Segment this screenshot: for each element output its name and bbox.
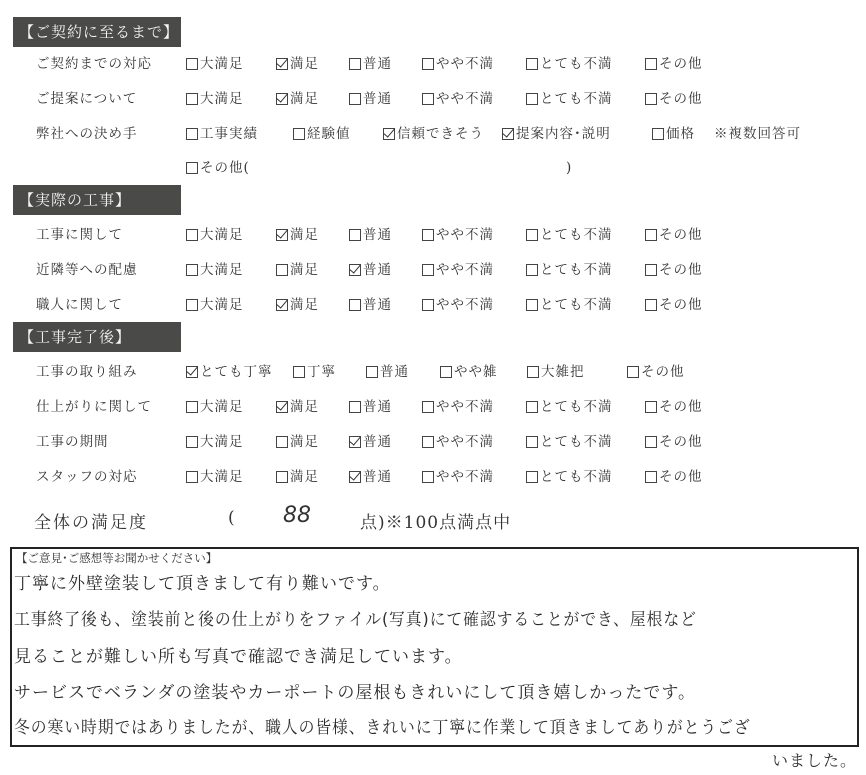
checkbox-icon[interactable] bbox=[186, 436, 198, 448]
option-slightly-dissatisfied[interactable]: やや不満 bbox=[422, 294, 494, 316]
option-satisfied[interactable]: 満足 bbox=[276, 466, 319, 488]
comment-line-2: 工事終了後も、塗装前と後の仕上がりをファイル(写真)にて確認することができ、屋根… bbox=[14, 605, 697, 630]
comments-title: 【ご意見･ご感想等お聞かせください】 bbox=[16, 550, 217, 566]
checkbox-icon[interactable] bbox=[293, 366, 305, 378]
option-very-dissatisfied[interactable]: とても不満 bbox=[526, 224, 613, 246]
option-very-dissatisfied[interactable]: とても不満 bbox=[526, 396, 613, 418]
question-label: スタッフの対応 bbox=[36, 466, 138, 488]
question-row-finish: 仕上がりに関して 大満足 満足 普通 やや不満 とても不満 その他 bbox=[0, 396, 866, 418]
option-very-dissatisfied[interactable]: とても不満 bbox=[526, 431, 613, 453]
option-trustworthy[interactable]: 信頼できそう bbox=[383, 123, 484, 145]
comment-line-4: サービスでベランダの塗装やカーポートの屋根もきれいにして頂き嬉しかったです。 bbox=[14, 678, 696, 703]
checkbox-icon[interactable] bbox=[422, 229, 434, 241]
checkbox-icon[interactable] bbox=[652, 128, 664, 140]
checkbox-icon[interactable] bbox=[422, 93, 434, 105]
question-row-neighbors: 近隣等への配慮 大満足 満足 普通 やや不満 とても不満 その他 bbox=[0, 259, 866, 281]
question-label: 仕上がりに関して bbox=[36, 396, 152, 418]
overall-open-paren: ( bbox=[228, 508, 235, 528]
option-other-reason[interactable]: その他( bbox=[186, 157, 250, 179]
section-header-after-completion: 【工事完了後】 bbox=[13, 322, 181, 352]
other-reason-close-paren: ) bbox=[566, 157, 572, 179]
checkbox-icon[interactable] bbox=[527, 366, 539, 378]
option-slightly-dissatisfied[interactable]: やや不満 bbox=[422, 224, 494, 246]
option-satisfied[interactable]: 満足 bbox=[276, 53, 319, 75]
overall-score-suffix: 点)※100点満点中 bbox=[360, 508, 511, 533]
checkbox-icon[interactable] bbox=[422, 264, 434, 276]
checkbox-icon[interactable] bbox=[186, 128, 198, 140]
checkbox-icon[interactable] bbox=[293, 128, 305, 140]
option-very-dissatisfied[interactable]: とても不満 bbox=[526, 294, 613, 316]
option-track-record[interactable]: 工事実績 bbox=[186, 123, 258, 145]
checkbox-icon[interactable] bbox=[645, 264, 657, 276]
checkbox-icon[interactable] bbox=[349, 93, 361, 105]
checkbox-icon[interactable] bbox=[440, 366, 452, 378]
checked-checkbox-icon[interactable] bbox=[502, 128, 514, 140]
question-row-craftsmen: 職人に関して 大満足 満足 普通 やや不満 とても不満 その他 bbox=[0, 294, 866, 316]
option-slightly-dissatisfied[interactable]: やや不満 bbox=[422, 259, 494, 281]
checked-checkbox-icon[interactable] bbox=[186, 366, 198, 378]
option-normal[interactable]: 普通 bbox=[349, 53, 392, 75]
option-other[interactable]: その他 bbox=[645, 466, 703, 488]
option-other[interactable]: その他 bbox=[627, 361, 685, 383]
checked-checkbox-icon[interactable] bbox=[276, 299, 288, 311]
checkbox-icon[interactable] bbox=[276, 264, 288, 276]
overall-satisfaction-label: 全体の満足度 bbox=[34, 508, 148, 533]
question-label: 近隣等への配慮 bbox=[36, 259, 138, 281]
option-other[interactable]: その他 bbox=[645, 53, 703, 75]
comment-line-3: 見ることが難しい所も写真で確認でき満足しています。 bbox=[14, 642, 463, 667]
option-normal[interactable]: 普通 bbox=[366, 361, 409, 383]
question-row-deciding-factor: 弊社への決め手 工事実績 経験値 信頼できそう 提案内容･説明 価格 ※複数回答… bbox=[0, 123, 866, 145]
question-label: ご提案について bbox=[36, 88, 137, 110]
option-normal[interactable]: 普通 bbox=[349, 224, 392, 246]
option-very-dissatisfied[interactable]: とても不満 bbox=[526, 53, 613, 75]
option-very-satisfied[interactable]: 大満足 bbox=[186, 53, 244, 75]
question-row-staff: スタッフの対応 大満足 満足 普通 やや不満 とても不満 その他 bbox=[0, 466, 866, 488]
option-very-satisfied[interactable]: 大満足 bbox=[186, 466, 244, 488]
checkbox-icon[interactable] bbox=[526, 299, 538, 311]
overall-score-handwritten[interactable]: 88 bbox=[283, 503, 311, 528]
checkbox-icon[interactable] bbox=[186, 162, 198, 174]
option-satisfied[interactable]: 満足 bbox=[276, 259, 319, 281]
option-satisfied[interactable]: 満足 bbox=[276, 88, 319, 110]
option-slightly-dissatisfied[interactable]: やや不満 bbox=[422, 53, 494, 75]
checkbox-icon[interactable] bbox=[186, 471, 198, 483]
option-proposal-content[interactable]: 提案内容･説明 bbox=[502, 123, 611, 145]
checked-checkbox-icon[interactable] bbox=[349, 436, 361, 448]
checkbox-icon[interactable] bbox=[645, 401, 657, 413]
option-other[interactable]: その他 bbox=[645, 396, 703, 418]
checkbox-icon[interactable] bbox=[422, 299, 434, 311]
question-label: 弊社への決め手 bbox=[36, 123, 138, 145]
option-other[interactable]: その他 bbox=[645, 224, 703, 246]
option-satisfied[interactable]: 満足 bbox=[276, 294, 319, 316]
checkbox-icon[interactable] bbox=[627, 366, 639, 378]
option-careful[interactable]: 丁寧 bbox=[293, 361, 336, 383]
checkbox-icon[interactable] bbox=[186, 58, 198, 70]
section-header-actual-work: 【実際の工事】 bbox=[13, 185, 181, 215]
checkbox-icon[interactable] bbox=[422, 471, 434, 483]
checkbox-icon[interactable] bbox=[276, 471, 288, 483]
option-price[interactable]: 価格 bbox=[652, 123, 695, 145]
option-very-satisfied[interactable]: 大満足 bbox=[186, 294, 244, 316]
checkbox-icon[interactable] bbox=[366, 366, 378, 378]
section-header-before-contract: 【ご契約に至るまで】 bbox=[13, 17, 181, 47]
option-normal[interactable]: 普通 bbox=[349, 88, 392, 110]
checkbox-icon[interactable] bbox=[349, 229, 361, 241]
checkbox-icon[interactable] bbox=[186, 401, 198, 413]
comment-line-1: 丁寧に外壁塗装して頂きまして有り難いです。 bbox=[14, 569, 391, 594]
checkbox-icon[interactable] bbox=[186, 93, 198, 105]
checkbox-icon[interactable] bbox=[526, 58, 538, 70]
checkbox-icon[interactable] bbox=[526, 229, 538, 241]
option-satisfied[interactable]: 満足 bbox=[276, 396, 319, 418]
checkbox-icon[interactable] bbox=[422, 436, 434, 448]
multiple-answers-note: ※複数回答可 bbox=[714, 123, 801, 145]
option-slightly-dissatisfied[interactable]: やや不満 bbox=[422, 466, 494, 488]
checked-checkbox-icon[interactable] bbox=[276, 93, 288, 105]
checkbox-icon[interactable] bbox=[349, 58, 361, 70]
question-row-proposal: ご提案について 大満足 満足 普通 やや不満 とても不満 その他 bbox=[0, 88, 866, 110]
checkbox-icon[interactable] bbox=[645, 299, 657, 311]
option-other[interactable]: その他 bbox=[645, 294, 703, 316]
option-normal[interactable]: 普通 bbox=[349, 294, 392, 316]
comment-line-5: 冬の寒い時期ではありましたが、職人の皆様、きれいに丁寧に作業して頂きましてありが… bbox=[14, 713, 751, 738]
option-very-satisfied[interactable]: 大満足 bbox=[186, 431, 244, 453]
checkbox-icon[interactable] bbox=[349, 401, 361, 413]
option-slightly-dissatisfied[interactable]: やや不満 bbox=[422, 88, 494, 110]
option-other[interactable]: その他 bbox=[645, 259, 703, 281]
checkbox-icon[interactable] bbox=[526, 401, 538, 413]
option-very-satisfied[interactable]: 大満足 bbox=[186, 224, 244, 246]
option-very-satisfied[interactable]: 大満足 bbox=[186, 88, 244, 110]
checkbox-icon[interactable] bbox=[186, 264, 198, 276]
question-row-duration: 工事の期間 大満足 満足 普通 やや不満 とても不満 その他 bbox=[0, 431, 866, 453]
question-label: 工事の取り組み bbox=[36, 361, 138, 383]
checkbox-icon[interactable] bbox=[526, 471, 538, 483]
checkbox-icon[interactable] bbox=[645, 471, 657, 483]
option-satisfied[interactable]: 満足 bbox=[276, 224, 319, 246]
option-somewhat-sloppy[interactable]: やや雑 bbox=[440, 361, 498, 383]
option-very-dissatisfied[interactable]: とても不満 bbox=[526, 259, 613, 281]
checked-checkbox-icon[interactable] bbox=[383, 128, 395, 140]
option-other[interactable]: その他 bbox=[645, 88, 703, 110]
option-other[interactable]: その他 bbox=[645, 431, 703, 453]
checkbox-icon[interactable] bbox=[645, 93, 657, 105]
checkbox-icon[interactable] bbox=[526, 436, 538, 448]
option-normal[interactable]: 普通 bbox=[349, 466, 392, 488]
question-row-work-approach: 工事の取り組み とても丁寧 丁寧 普通 やや雑 大雑把 その他 bbox=[0, 361, 866, 383]
option-very-dissatisfied[interactable]: とても不満 bbox=[526, 88, 613, 110]
option-rough[interactable]: 大雑把 bbox=[527, 361, 585, 383]
option-very-satisfied[interactable]: 大満足 bbox=[186, 259, 244, 281]
checked-checkbox-icon[interactable] bbox=[349, 471, 361, 483]
checkbox-icon[interactable] bbox=[186, 229, 198, 241]
option-normal[interactable]: 普通 bbox=[349, 431, 392, 453]
checkbox-icon[interactable] bbox=[276, 436, 288, 448]
question-row-other-reason: その他( ) bbox=[0, 157, 866, 179]
option-very-satisfied[interactable]: 大満足 bbox=[186, 396, 244, 418]
question-label: ご契約までの対応 bbox=[36, 53, 152, 75]
checkbox-icon[interactable] bbox=[422, 58, 434, 70]
option-normal[interactable]: 普通 bbox=[349, 396, 392, 418]
checkbox-icon[interactable] bbox=[645, 58, 657, 70]
checkbox-icon[interactable] bbox=[526, 93, 538, 105]
question-label: 工事に関して bbox=[36, 224, 123, 246]
question-row-work: 工事に関して 大満足 満足 普通 やや不満 とても不満 その他 bbox=[0, 224, 866, 246]
checkbox-icon[interactable] bbox=[645, 229, 657, 241]
checkbox-icon[interactable] bbox=[186, 299, 198, 311]
question-label: 職人に関して bbox=[36, 294, 123, 316]
option-very-dissatisfied[interactable]: とても不満 bbox=[526, 466, 613, 488]
checkbox-icon[interactable] bbox=[422, 401, 434, 413]
checkbox-icon[interactable] bbox=[645, 436, 657, 448]
checkbox-icon[interactable] bbox=[526, 264, 538, 276]
checked-checkbox-icon[interactable] bbox=[349, 264, 361, 276]
comment-line-6: いました。 bbox=[772, 748, 857, 771]
option-slightly-dissatisfied[interactable]: やや不満 bbox=[422, 431, 494, 453]
option-experience[interactable]: 経験値 bbox=[293, 123, 351, 145]
option-slightly-dissatisfied[interactable]: やや不満 bbox=[422, 396, 494, 418]
option-very-careful[interactable]: とても丁寧 bbox=[186, 361, 273, 383]
question-row-contract-response: ご契約までの対応 大満足 満足 普通 やや不満 とても不満 その他 bbox=[0, 53, 866, 75]
checked-checkbox-icon[interactable] bbox=[276, 401, 288, 413]
checked-checkbox-icon[interactable] bbox=[276, 229, 288, 241]
checkbox-icon[interactable] bbox=[349, 299, 361, 311]
option-satisfied[interactable]: 満足 bbox=[276, 431, 319, 453]
option-normal[interactable]: 普通 bbox=[349, 259, 392, 281]
checked-checkbox-icon[interactable] bbox=[276, 58, 288, 70]
question-label: 工事の期間 bbox=[36, 431, 109, 453]
